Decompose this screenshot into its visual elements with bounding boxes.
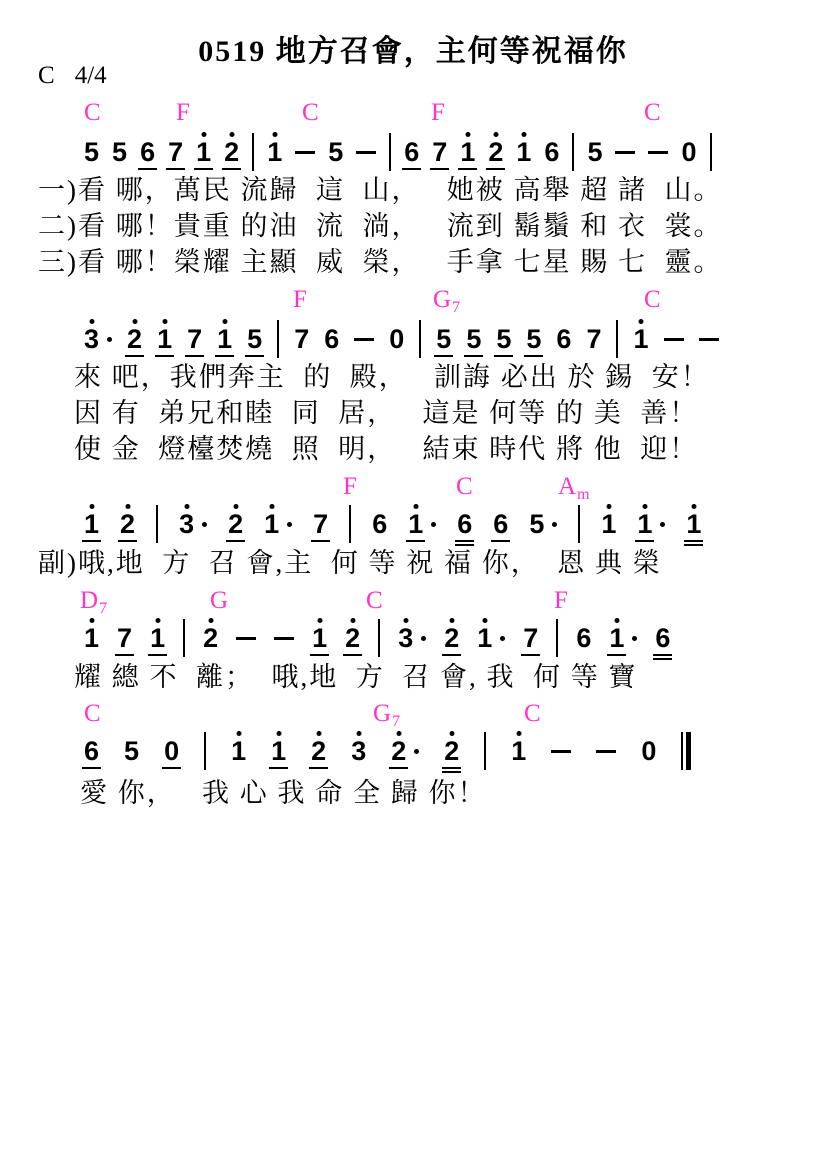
note-digit: 1	[312, 625, 327, 652]
note-1huu: 1	[686, 511, 701, 538]
underline	[245, 355, 264, 357]
octave-dot	[403, 618, 408, 623]
note-row: 12321761665111	[84, 505, 701, 543]
octave-dot	[233, 504, 238, 509]
note-3h: 3	[351, 738, 366, 765]
note-digit: 1	[231, 738, 246, 765]
note-core: 6	[84, 738, 99, 765]
note-7u: 7	[117, 625, 132, 652]
underline	[309, 767, 328, 769]
note-digit: 5	[328, 139, 343, 166]
underline	[226, 540, 245, 542]
note-core: 1	[637, 511, 652, 538]
lyric-line: 使 金 燈檯焚燒 照 明， 結束 時代 將 他 迎！	[74, 433, 698, 465]
note-2hu: 2	[345, 625, 360, 652]
note-digit: 6	[140, 139, 155, 166]
note-1hu.: 1	[609, 625, 637, 652]
underline	[148, 654, 167, 656]
barline	[277, 320, 279, 358]
note-1hu: 1	[150, 625, 165, 652]
note-core: 7	[313, 511, 328, 538]
note-digit: 3	[351, 738, 366, 765]
note-5: 5	[124, 738, 139, 765]
underline	[82, 767, 101, 769]
note-digit: 1	[511, 738, 526, 765]
note-digit: 1	[84, 511, 99, 538]
underline-2	[684, 544, 703, 546]
note-core: 6	[493, 511, 508, 538]
duration-dash	[356, 151, 376, 154]
note-2hu: 2	[488, 139, 503, 166]
note-2hu.: 2	[391, 738, 419, 765]
underline	[406, 540, 425, 542]
underline	[521, 654, 540, 656]
note-digit: 0	[681, 139, 696, 166]
note-core: 7	[168, 139, 183, 166]
note-core: 1	[477, 625, 492, 652]
augmentation-dot	[202, 522, 207, 527]
note-digit: 7	[586, 326, 601, 353]
underline	[82, 540, 101, 542]
note-3h.: 3	[179, 511, 207, 538]
note-digit: 7	[168, 139, 183, 166]
note-7u: 7	[432, 139, 447, 166]
note-digit: 6	[404, 139, 419, 166]
underline	[464, 355, 483, 357]
barline	[578, 505, 580, 543]
octave-dot	[493, 132, 498, 137]
barline	[556, 619, 558, 657]
note-core: 5	[112, 139, 127, 166]
note-core: 3	[398, 625, 413, 652]
note-core: 2	[488, 139, 503, 166]
note-5: 5	[112, 139, 127, 166]
note-digit: 5	[124, 738, 139, 765]
note-digit: 5	[526, 326, 541, 353]
note-6: 6	[544, 139, 559, 166]
note-digit: 2	[488, 139, 503, 166]
note-core: 7	[432, 139, 447, 166]
note-digit: 5	[84, 139, 99, 166]
octave-dot	[521, 132, 526, 137]
note-core: 7	[187, 326, 202, 353]
note-row: 65011232210	[84, 732, 691, 770]
note-7u: 7	[168, 139, 183, 166]
underline	[185, 355, 204, 357]
duration-dash	[354, 338, 374, 341]
octave-dot	[396, 731, 401, 736]
note-digit: 2	[444, 625, 459, 652]
underline	[402, 168, 421, 170]
augmentation-dot	[414, 749, 419, 754]
octave-dot	[208, 618, 213, 623]
note-5: 5	[328, 139, 343, 166]
octave-dot	[269, 504, 274, 509]
note-core: 3	[84, 326, 99, 353]
note-core: 2	[120, 511, 135, 538]
note-digit: 7	[313, 511, 328, 538]
note-digit: 1	[516, 139, 531, 166]
note-digit: 1	[264, 511, 279, 538]
final-barline	[681, 732, 691, 770]
octave-dot	[606, 504, 611, 509]
rest-note-0: 0	[389, 326, 404, 353]
note-1hu: 1	[157, 326, 172, 353]
note-7u: 7	[523, 625, 538, 652]
note-6: 6	[324, 326, 339, 353]
note-digit: 1	[637, 511, 652, 538]
augmentation-dot	[431, 522, 436, 527]
note-core: 1	[686, 511, 701, 538]
note-digit: 2	[127, 326, 142, 353]
octave-dot	[356, 731, 361, 736]
lyric-line: 副)哦,地 方 召 會,主 何 等 祝 福 你， 恩 典 榮	[38, 547, 662, 579]
note-digit: 6	[457, 511, 472, 538]
note-6uu: 6	[655, 625, 670, 652]
barline	[616, 320, 618, 358]
note-core: 0	[164, 738, 179, 765]
note-digit: 6	[556, 326, 571, 353]
note-2hu: 2	[224, 139, 239, 166]
note-core: 1	[601, 511, 616, 538]
key-signature: C4/4	[38, 62, 107, 90]
augmentation-dot	[660, 522, 665, 527]
barline	[419, 320, 421, 358]
note-digit: 6	[576, 625, 591, 652]
underline	[442, 767, 461, 769]
note-core: 2	[228, 511, 243, 538]
underline-2	[653, 658, 672, 660]
note-core: 5	[328, 139, 343, 166]
octave-dot	[516, 731, 521, 736]
chord-G7: G7	[373, 701, 399, 730]
note-5u: 5	[436, 326, 451, 353]
note-digit: 1	[686, 511, 701, 538]
note-core: 1	[408, 511, 423, 538]
octave-dot	[638, 319, 643, 324]
octave-dot	[614, 618, 619, 623]
note-core: 6	[140, 139, 155, 166]
note-digit: 5	[466, 326, 481, 353]
note-digit: 3	[398, 625, 413, 652]
note-core: 2	[444, 738, 459, 765]
barline	[484, 732, 486, 770]
note-row: 5567121567121650	[84, 133, 712, 171]
note-core: 1	[511, 738, 526, 765]
note-core: 1	[157, 326, 172, 353]
note-digit: 2	[311, 738, 326, 765]
note-5: 5	[84, 139, 99, 166]
note-1hu: 1	[312, 625, 327, 652]
octave-dot	[642, 504, 647, 509]
song-title: 0519 地方召會，主何等祝福你	[0, 26, 826, 70]
note-6uu: 6	[457, 511, 472, 538]
chord-subscript: 7	[99, 600, 107, 617]
chord-F: F	[431, 100, 445, 126]
note-1hu: 1	[196, 139, 211, 166]
augmentation-dot	[632, 636, 637, 641]
duration-dash	[596, 750, 616, 753]
chord-subscript: 7	[392, 713, 400, 730]
note-core: 7	[117, 625, 132, 652]
underline	[162, 767, 181, 769]
lyric-line: 二)看 哪！貴重 的油 流 淌， 流到 鬍鬚 和 衣 裳。	[38, 210, 723, 242]
duration-dash	[551, 750, 571, 753]
note-digit: 2	[203, 625, 218, 652]
lyric-line: 因 有 弟兄和睦 同 居， 這是 何等 的 美 善！	[74, 397, 698, 429]
augmentation-dot	[107, 337, 112, 342]
note-7u: 7	[313, 511, 328, 538]
underline	[442, 654, 461, 656]
note-core: 2	[311, 738, 326, 765]
note-digit: 1	[217, 326, 232, 353]
rest-note-0: 0	[681, 139, 696, 166]
chord-G: G	[210, 588, 228, 614]
barline	[572, 133, 574, 171]
note-core: 7	[294, 326, 309, 353]
underline	[524, 355, 543, 357]
note-core: 3	[351, 738, 366, 765]
note-digit: 1	[477, 625, 492, 652]
chord-row: FCAm	[0, 474, 826, 500]
underline	[194, 168, 213, 170]
chord-subscript: m	[577, 486, 589, 503]
chord-F: F	[293, 287, 307, 313]
chord-D7: D7	[80, 588, 106, 617]
note-1h.: 1	[264, 511, 292, 538]
note-core: 1	[516, 139, 531, 166]
note-digit: 6	[372, 511, 387, 538]
note-1h.: 1	[477, 625, 505, 652]
note-1h: 1	[516, 139, 531, 166]
chord-C: C	[524, 701, 541, 727]
note-core: 1	[609, 625, 624, 652]
octave-dot	[350, 618, 355, 623]
note-1hu: 1	[271, 738, 286, 765]
note-core: 0	[641, 738, 656, 765]
underline	[653, 654, 672, 656]
note-core: 1	[196, 139, 211, 166]
octave-dot	[125, 504, 130, 509]
octave-dot	[229, 132, 234, 137]
octave-dot	[184, 504, 189, 509]
octave-dot	[132, 319, 137, 324]
octave-dot	[155, 618, 160, 623]
note-digit: 1	[150, 625, 165, 652]
note-core: 6	[324, 326, 339, 353]
note-core: 5	[466, 326, 481, 353]
note-core: 2	[224, 139, 239, 166]
note-core: 1	[312, 625, 327, 652]
chord-C: C	[644, 100, 661, 126]
chord-C: C	[84, 100, 101, 126]
note-core: 1	[84, 625, 99, 652]
note-digit: 5	[112, 139, 127, 166]
final-barline-thick	[686, 732, 691, 770]
note-6u: 6	[493, 511, 508, 538]
note-core: 5	[496, 326, 511, 353]
note-digit: 7	[117, 625, 132, 652]
note-6u: 6	[404, 139, 419, 166]
note-digit: 6	[655, 625, 670, 652]
chord-row: CG7C	[0, 701, 826, 727]
octave-dot	[89, 319, 94, 324]
note-1h: 1	[267, 139, 282, 166]
underline-2	[442, 771, 461, 773]
underline	[222, 168, 241, 170]
note-digit: 6	[324, 326, 339, 353]
augmentation-dot	[500, 636, 505, 641]
underline-2	[455, 544, 474, 546]
note-digit: 3	[179, 511, 194, 538]
note-core: 7	[523, 625, 538, 652]
note-core: 1	[267, 139, 282, 166]
duration-dash	[615, 151, 635, 154]
note-5: 5	[587, 139, 602, 166]
lyric-line: 來 吧，我們奔主 的 殿， 訓誨 必出 於 錫 安！	[74, 361, 710, 393]
note-digit: 0	[164, 738, 179, 765]
note-core: 6	[457, 511, 472, 538]
note-core: 1	[231, 738, 246, 765]
note-5u: 5	[526, 326, 541, 353]
note-digit: 0	[389, 326, 404, 353]
lyric-line: 一)看 哪，萬民 流歸 這 山， 她被 高舉 超 諸 山。	[38, 174, 723, 206]
note-core: 5	[526, 326, 541, 353]
octave-dot	[449, 618, 454, 623]
augmentation-dot	[287, 522, 292, 527]
note-6: 6	[576, 625, 591, 652]
note-digit: 5	[247, 326, 262, 353]
octave-dot	[89, 504, 94, 509]
note-3h.: 3	[398, 625, 426, 652]
chord-row: FG7C	[0, 287, 826, 313]
note-digit: 1	[157, 326, 172, 353]
underline	[269, 767, 288, 769]
chord-C: C	[366, 588, 383, 614]
octave-dot	[162, 319, 167, 324]
underline	[215, 355, 234, 357]
note-core: 2	[444, 625, 459, 652]
chord-C: C	[302, 100, 319, 126]
note-1hu: 1	[217, 326, 232, 353]
underline	[310, 654, 329, 656]
barline	[252, 133, 254, 171]
underline	[486, 168, 505, 170]
duration-dash	[295, 151, 315, 154]
note-core: 2	[203, 625, 218, 652]
note-core: 5	[247, 326, 262, 353]
note-6u: 6	[140, 139, 155, 166]
duration-dash	[236, 637, 256, 640]
note-core: 5	[436, 326, 451, 353]
note-digit: 2	[224, 139, 239, 166]
underline	[458, 168, 477, 170]
chord-F: F	[343, 474, 357, 500]
note-digit: 1	[408, 511, 423, 538]
note-digit: 7	[432, 139, 447, 166]
octave-dot	[413, 504, 418, 509]
note-2hu: 2	[120, 511, 135, 538]
chord-F: F	[554, 588, 568, 614]
note-core: 1	[271, 738, 286, 765]
barline	[204, 732, 206, 770]
note-core: 6	[655, 625, 670, 652]
note-digit: 6	[493, 511, 508, 538]
lyric-line: 三)看 哪！榮耀 主顯 威 榮， 手拿 七星 賜 七 靈。	[38, 246, 723, 278]
note-1hu.: 1	[408, 511, 436, 538]
note-2huu: 2	[444, 738, 459, 765]
octave-dot	[201, 132, 206, 137]
note-1h: 1	[84, 625, 99, 652]
note-core: 5	[84, 139, 99, 166]
note-2hu: 2	[127, 326, 142, 353]
barline	[183, 619, 185, 657]
key-letter: C	[38, 62, 55, 89]
underline	[494, 355, 513, 357]
note-1hu: 1	[460, 139, 475, 166]
octave-dot	[236, 731, 241, 736]
augmentation-dot	[421, 636, 426, 641]
note-3h.: 3	[84, 326, 112, 353]
note-row: 1712123217616	[84, 619, 670, 657]
underline	[389, 767, 408, 769]
note-core: 1	[217, 326, 232, 353]
note-7: 7	[294, 326, 309, 353]
note-digit: 2	[345, 625, 360, 652]
note-5u: 5	[247, 326, 262, 353]
lyric-line: 耀 總 不 離； 哦,地 方 召 會, 我 何 等 寶	[74, 661, 638, 693]
note-row: 3217157605555671	[84, 320, 719, 358]
note-7u: 7	[187, 326, 202, 353]
time-signature: 4/4	[75, 62, 107, 89]
duration-dash	[274, 637, 294, 640]
octave-dot	[465, 132, 470, 137]
note-core: 1	[150, 625, 165, 652]
note-core: 6	[544, 139, 559, 166]
note-digit: 7	[294, 326, 309, 353]
note-digit: 2	[444, 738, 459, 765]
note-digit: 7	[523, 625, 538, 652]
note-5u: 5	[496, 326, 511, 353]
sheet-music-page: 0519 地方召會，主何等祝福你 C4/4 CFCFC5567121567121…	[0, 0, 826, 1169]
octave-dot	[89, 618, 94, 623]
note-digit: 1	[460, 139, 475, 166]
chord-row: D7GCF	[0, 588, 826, 614]
note-core: 1	[460, 139, 475, 166]
duration-dash	[648, 151, 668, 154]
note-core: 6	[556, 326, 571, 353]
note-6u: 6	[84, 738, 99, 765]
underline	[434, 355, 453, 357]
lyric-line: 愛 你， 我 心 我 命 全 歸 你！	[80, 777, 487, 809]
underline	[343, 654, 362, 656]
barline	[710, 133, 712, 171]
note-1h: 1	[511, 738, 526, 765]
note-digit: 1	[601, 511, 616, 538]
chord-C: C	[456, 474, 473, 500]
barline	[156, 505, 158, 543]
note-core: 0	[681, 139, 696, 166]
note-1hu: 1	[84, 511, 99, 538]
octave-dot	[276, 731, 281, 736]
note-1h: 1	[231, 738, 246, 765]
note-digit: 7	[187, 326, 202, 353]
note-digit: 6	[84, 738, 99, 765]
underline	[607, 654, 626, 656]
octave-dot	[482, 618, 487, 623]
octave-dot	[317, 618, 322, 623]
note-digit: 2	[120, 511, 135, 538]
